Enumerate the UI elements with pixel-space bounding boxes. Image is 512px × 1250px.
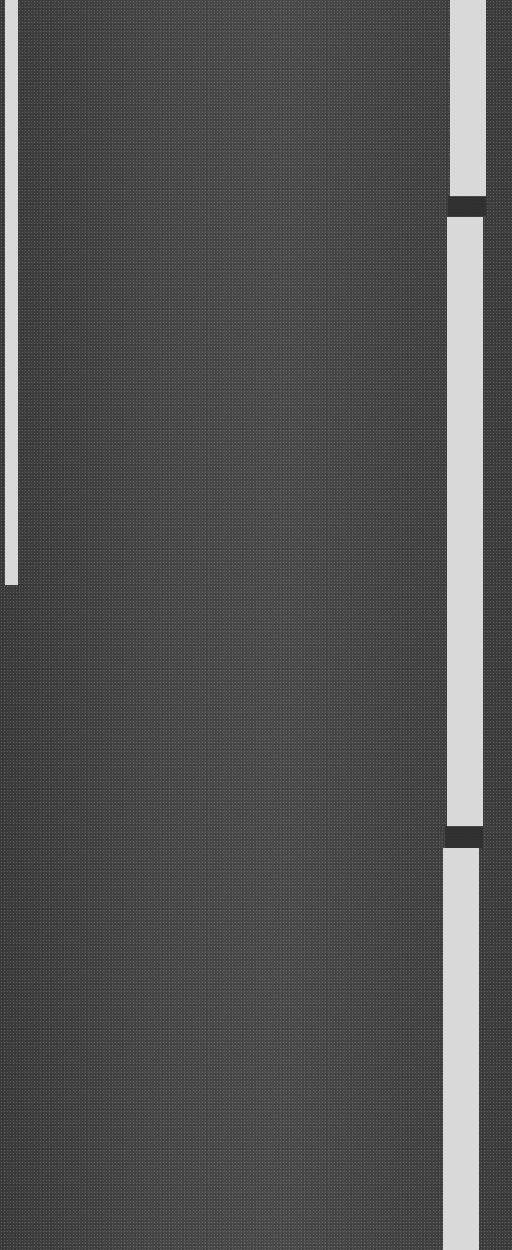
dash-gap	[445, 826, 483, 848]
dash-gap	[448, 196, 486, 216]
road-surface	[0, 0, 512, 1250]
right-dash-segment	[443, 848, 479, 1250]
left-edge-line	[5, 0, 18, 585]
right-dash-segment	[447, 217, 483, 827]
right-dash-segment	[450, 0, 486, 197]
asphalt-texture	[0, 0, 512, 1250]
